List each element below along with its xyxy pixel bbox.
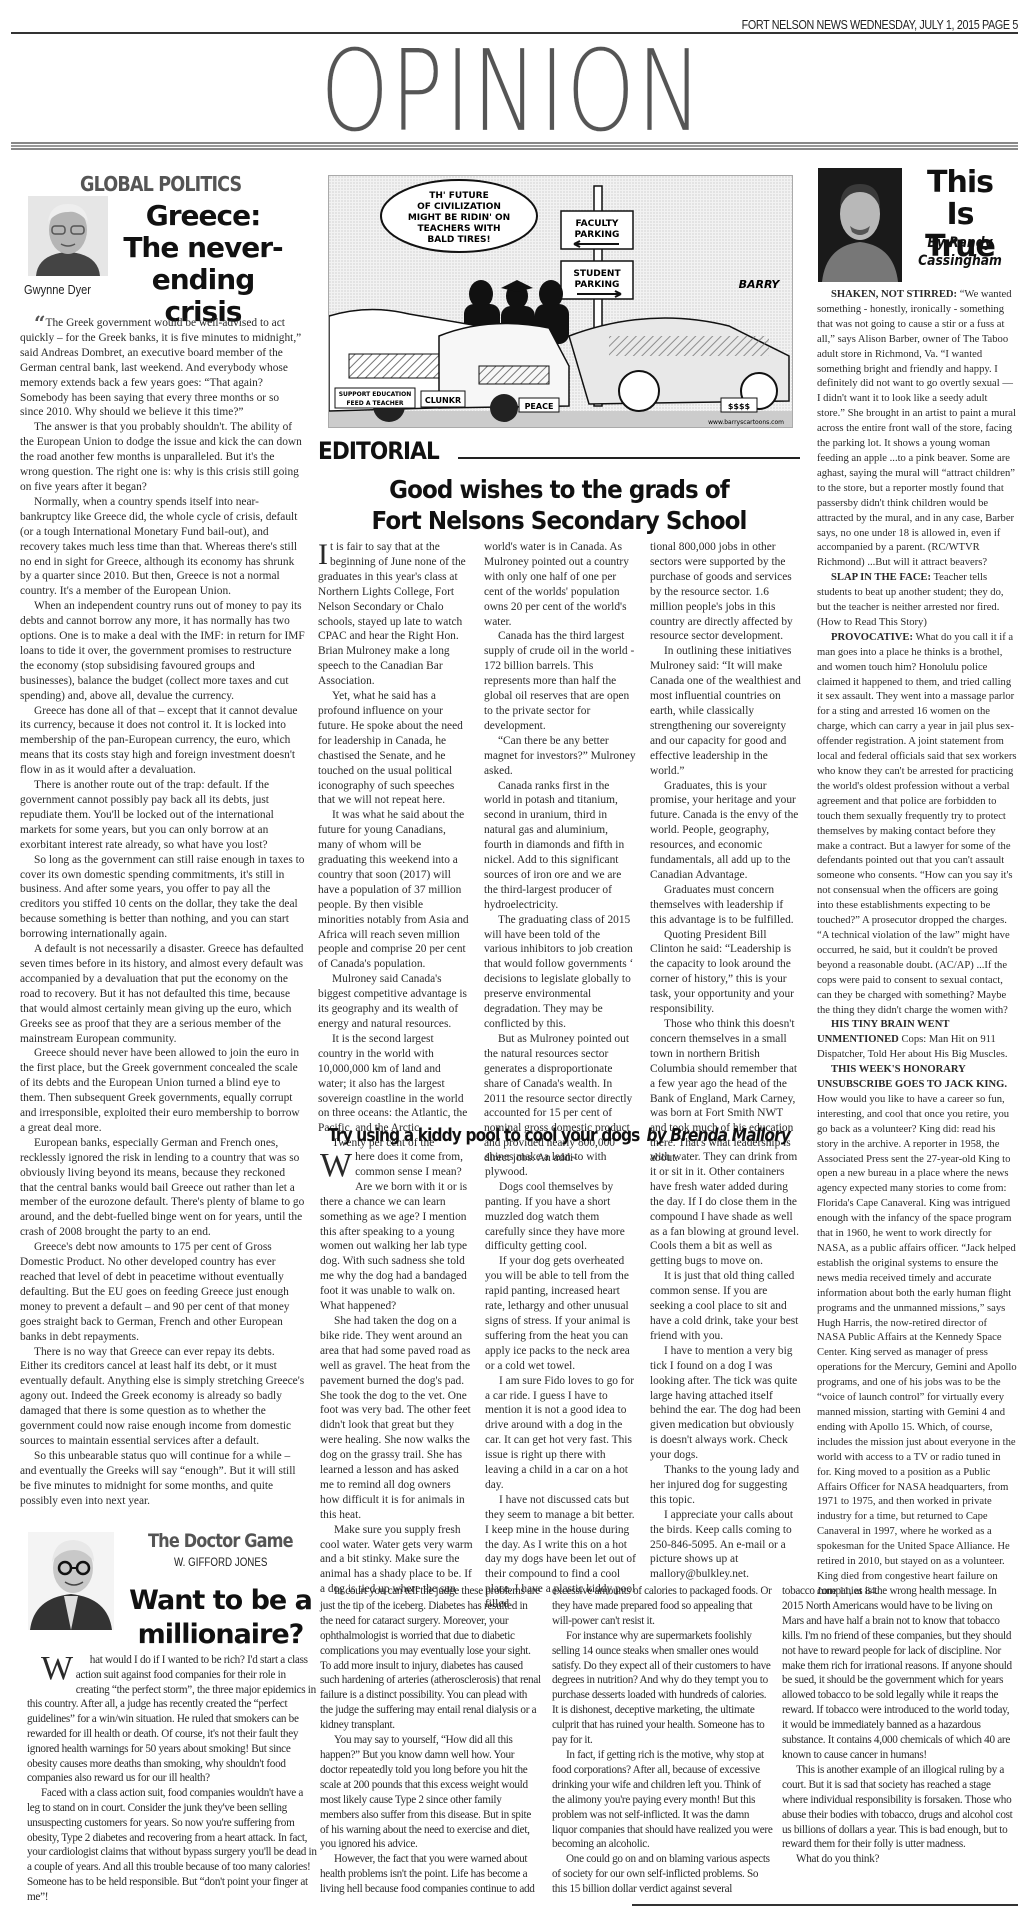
paragraph: There is no way that Greece can ever rep…	[20, 1345, 305, 1449]
drop-cap: W	[27, 1654, 73, 1684]
article-headline: Greece: The never-ending crisis	[118, 200, 288, 328]
editorial-column-3: tional 800,000 jobs in other sectors wer…	[650, 540, 802, 1166]
svg-text:FACULTY: FACULTY	[576, 219, 619, 229]
doctor-game-column-2: In court you can tell the judge these pr…	[320, 1584, 542, 1897]
paragraph: Yet, what he said has a profound influen…	[318, 689, 470, 808]
paragraph: However, the fact that you were warned a…	[320, 1852, 542, 1897]
paragraph: In outlining these initiatives Mulroney …	[650, 644, 802, 778]
paragraph: One could go on and on blaming various a…	[552, 1852, 774, 1897]
svg-text:MIGHT BE RIDIN' ON: MIGHT BE RIDIN' ON	[408, 213, 510, 223]
paragraph: excessive amounts of calories to package…	[552, 1584, 774, 1629]
editorial-headline: Good wishes to the grads of Fort Nelsons…	[337, 474, 780, 536]
news-item: SLAP IN THE FACE: Teacher tells students…	[817, 571, 1017, 631]
paragraph: A default is not necessarily a disaster.…	[20, 942, 305, 1046]
svg-text:FEED A TEACHER: FEED A TEACHER	[346, 400, 403, 407]
news-item: HIS TINY BRAIN WENT UNMENTIONED Cops: Ma…	[817, 1018, 1017, 1063]
paragraph: So this unbearable status quo will conti…	[20, 1449, 305, 1509]
svg-text:CLUNKR: CLUNKR	[425, 396, 461, 405]
svg-text:PARKING: PARKING	[575, 280, 620, 290]
paragraph: Greece should never have been allowed to…	[20, 1046, 305, 1135]
paragraph: Canada has the third largest supply of c…	[484, 629, 636, 733]
paragraph: Where does it come from, common sense I …	[320, 1150, 473, 1314]
cartoon-credit: www.barryscartoons.com	[708, 419, 784, 426]
paragraph: It is just that old thing called common …	[650, 1269, 803, 1344]
svg-text:BALD TIRES!: BALD TIRES!	[427, 235, 490, 245]
paragraph: In fact, if getting rich is the motive, …	[552, 1748, 774, 1852]
paragraph: It was what he said about the future for…	[318, 808, 470, 972]
paragraph: Thanks to the young lady and her injured…	[650, 1463, 803, 1508]
paragraph: You may say to yourself, “How did all th…	[320, 1733, 542, 1852]
column-kicker: The Doctor Game	[148, 1530, 293, 1552]
article-end-rule	[632, 1904, 1018, 1906]
paragraph: I am sure Fido loves to go for a car rid…	[485, 1374, 638, 1493]
section-title: OPINION	[113, 36, 912, 148]
svg-text:TEACHERS WITH: TEACHERS WITH	[417, 224, 500, 234]
paragraph: When an independent country runs out of …	[20, 599, 305, 703]
doctor-game-column-1: What would I do if I wanted to be rich? …	[27, 1653, 317, 1905]
paragraph: The graduating class of 2015 will have b…	[484, 913, 636, 1032]
paragraph: Mulroney said Canada's biggest competiti…	[318, 972, 470, 1032]
author-byline: Gwynne Dyer	[24, 282, 91, 297]
column-kicker: GLOBAL POLITICS	[80, 172, 241, 196]
paragraph: tional 800,000 jobs in other sectors wer…	[650, 540, 802, 644]
paragraph: “The Greek government would be well-advi…	[20, 316, 305, 420]
this-is-true-body: SHAKEN, NOT STIRRED: “We wanted somethin…	[817, 288, 1017, 1600]
editorial-cartoon: TH' FUTURE OF CIVILIZATION MIGHT BE RIDI…	[328, 175, 793, 428]
editorial-label: EDITORIAL	[318, 437, 439, 465]
paragraph: Graduates must concern themselves with l…	[650, 883, 802, 928]
paragraph: Greece has done all of that – except tha…	[20, 704, 305, 779]
doctor-game-column-3: excessive amounts of calories to package…	[552, 1584, 774, 1897]
dogs-column-2: shines make a lean-to with plywood. Dogs…	[485, 1150, 638, 1612]
editorial-column-1: It is fair to say that at the beginning …	[318, 540, 470, 1151]
paragraph: It is the second largest country in the …	[318, 1032, 470, 1136]
svg-text:OF CIVILIZATION: OF CIVILIZATION	[417, 202, 501, 212]
author-photo-icon	[28, 1532, 114, 1630]
doctor-game-headline: Want to be a millionaire?	[128, 1584, 313, 1652]
dogs-headline: Try using a kiddy pool to cool your dogs…	[328, 1125, 742, 1147]
paragraph: So long as the government can still rais…	[20, 853, 305, 942]
paragraph: “Can there be any better magnet for inve…	[484, 734, 636, 779]
dogs-column-1: Where does it come from, common sense I …	[320, 1150, 473, 1597]
paragraph: If your dog gets overheated you will be …	[485, 1254, 638, 1373]
author-byline: W. GIFFORD JONES	[174, 1557, 267, 1569]
dogs-byline: by Brenda Mallory	[647, 1126, 790, 1146]
svg-text:STUDENT: STUDENT	[573, 269, 621, 279]
paragraph: There is another route out of the trap: …	[20, 778, 305, 853]
paragraph: Dogs cool themselves by panting. If you …	[485, 1180, 638, 1255]
paragraph: with water. They can drink from it or si…	[650, 1150, 803, 1269]
svg-text:$$$$: $$$$	[728, 402, 751, 411]
paragraph: tobacco companies is the wrong health me…	[782, 1584, 1014, 1763]
editorial-rule	[458, 457, 800, 459]
paragraph: Greece's debt now amounts to 175 per cen…	[20, 1240, 305, 1344]
doctor-game-column-4: tobacco companies is the wrong health me…	[782, 1584, 1014, 1867]
paragraph: In court you can tell the judge these pr…	[320, 1584, 542, 1733]
paragraph: I appreciate your calls about the birds.…	[650, 1508, 803, 1583]
paragraph: Normally, when a country spends itself i…	[20, 495, 305, 599]
paragraph: She had taken the dog on a bike ride. Th…	[320, 1314, 473, 1523]
paragraph: shines make a lean-to with plywood.	[485, 1150, 638, 1180]
author-photo-icon	[28, 196, 108, 276]
paragraph: Faced with a class action suit, food com…	[27, 1786, 317, 1904]
author-photo-icon	[818, 168, 902, 282]
cartoonist-signature: BARRY	[739, 278, 781, 291]
svg-text:PARKING: PARKING	[575, 230, 620, 240]
paragraph: Graduates, this is your promise, your he…	[650, 779, 802, 883]
dogs-column-3: with water. They can drink from it or si…	[650, 1150, 803, 1582]
editorial-column-2: world's water is in Canada. As Mulroney …	[484, 540, 636, 1166]
section-divider	[11, 142, 1018, 150]
news-item: PROVOCATIVE: What do you call it if a ma…	[817, 631, 1017, 1019]
paragraph: European banks, especially German and Fr…	[20, 1136, 305, 1240]
news-item: SHAKEN, NOT STIRRED: “We wanted somethin…	[817, 288, 1017, 571]
svg-text:SUPPORT EDUCATION: SUPPORT EDUCATION	[339, 391, 412, 398]
paragraph: Quoting President Bill Clinton he said: …	[650, 928, 802, 1017]
this-is-true-byline: By Randy Cassingham	[913, 234, 1006, 270]
svg-text:PEACE: PEACE	[525, 402, 554, 411]
paragraph: I have to mention a very big tick I foun…	[650, 1344, 803, 1463]
paragraph: What would I do if I wanted to be rich? …	[27, 1653, 317, 1786]
paragraph: This is another example of an illogical …	[782, 1763, 1014, 1852]
paragraph: What do you think?	[782, 1852, 1014, 1867]
paragraph: The answer is that you probably shouldn'…	[20, 420, 305, 495]
paragraph: For instance why are supermarkets foolis…	[552, 1629, 774, 1748]
bubble-line-1: TH' FUTURE	[429, 191, 489, 201]
paragraph: Canada ranks first in the world in potas…	[484, 779, 636, 913]
drop-cap: I	[318, 542, 328, 568]
paragraph: world's water is in Canada. As Mulroney …	[484, 540, 636, 629]
drop-cap: W	[320, 1151, 352, 1181]
news-item: THIS WEEK'S HONORARY UNSUBSCRIBE GOES TO…	[817, 1063, 1017, 1600]
paragraph: It is fair to say that at the beginning …	[318, 540, 470, 689]
article-body-greece: “The Greek government would be well-advi…	[20, 316, 305, 1509]
